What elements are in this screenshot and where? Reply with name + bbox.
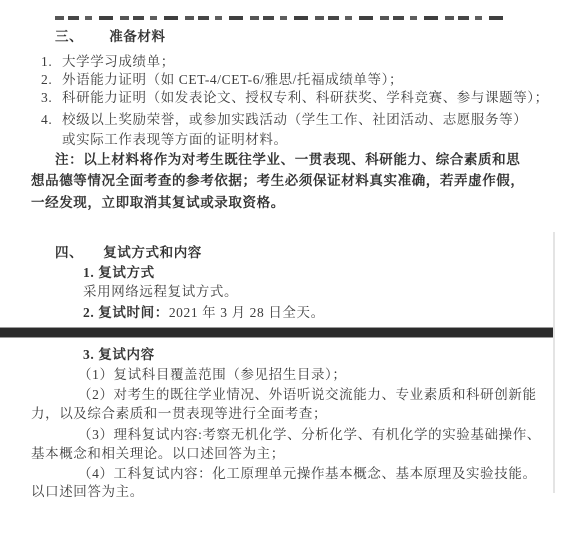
note-line-3: 一经发现，立即取消其复试或录取资格。 — [31, 194, 285, 211]
subsection-1-title: 1. 复试方式 — [83, 264, 155, 281]
subsection-3-title: 3. 复试内容 — [83, 346, 155, 363]
subsection-1-body: 采用网络远程复试方式。 — [83, 283, 238, 300]
content-item-3-line-2: 基本概念和相关理论。以口述回答为主； — [31, 445, 285, 462]
document-viewport: { "page1": { "section3": { "num": "三、", … — [0, 0, 588, 554]
material-item-4-continuation: 或实际工作表现等方面的证明材料。 — [62, 131, 288, 148]
section-3-title: 准备材料 — [109, 29, 165, 44]
item-number: 2. — [41, 71, 52, 88]
item-text: 校级以上奖励荣誉，或参加实践活动（学生工作、社团活动、志愿服务等） — [62, 111, 527, 128]
content-item-2-line-2: 力，以及综合素质和一贯表现等进行全面考查； — [31, 405, 327, 422]
item-text: 科研能力证明（如发表论文、授权专利、科研获奖、学科竞赛、参与课题等）； — [62, 89, 549, 106]
clipped-text-line — [55, 16, 503, 20]
section-heading-4: 四、复试方式和内容 — [55, 244, 202, 261]
item-text: 大学学习成绩单； — [62, 53, 175, 70]
note-line-2: 想品德等情况全面考查的参考依据；考生必须保证材料真实准确，若弄虚作假， — [31, 172, 525, 189]
subsection-2-label: 2. 复试时间： — [83, 305, 169, 320]
content-item-2-line-1: （2）对考生的既往学业情况、外语听说交流能力、专业素质和科研创新能 — [78, 386, 537, 403]
subsection-2-line: 2. 复试时间：2021 年 3 月 28 日全天。 — [83, 304, 325, 321]
item-text: 外语能力证明（如 CET-4/CET-6/雅思/托福成绩单等）； — [62, 71, 403, 88]
note-line-1: 注：以上材料将作为对考生既往学业、一贯表现、科研能力、综合素质和思 — [55, 151, 520, 168]
item-number: 3. — [41, 89, 52, 106]
content-item-1: （1）复试科目覆盖范围（参见招生目录）； — [78, 366, 347, 383]
content-item-4-line-2: 以口述回答为主。 — [31, 483, 144, 500]
subsection-2-value: 2021 年 3 月 28 日全天。 — [169, 305, 325, 320]
section-heading-3: 三、准备材料 — [55, 28, 166, 45]
content-item-3-line-1: （3）理科复试内容:考察无机化学、分析化学、有机化学的实验基础操作、 — [78, 426, 541, 443]
page-edge-line — [553, 232, 555, 493]
section-4-number: 四、 — [55, 245, 83, 260]
section-3-number: 三、 — [55, 29, 83, 44]
page-separator-bar — [0, 328, 554, 337]
content-item-4-line-1: （4）工科复试内容：化工原理单元操作基本概念、基本原理及实验技能。 — [78, 465, 537, 482]
item-number: 4. — [41, 111, 52, 128]
item-number: 1. — [41, 53, 52, 70]
section-4-title: 复试方式和内容 — [103, 245, 202, 260]
